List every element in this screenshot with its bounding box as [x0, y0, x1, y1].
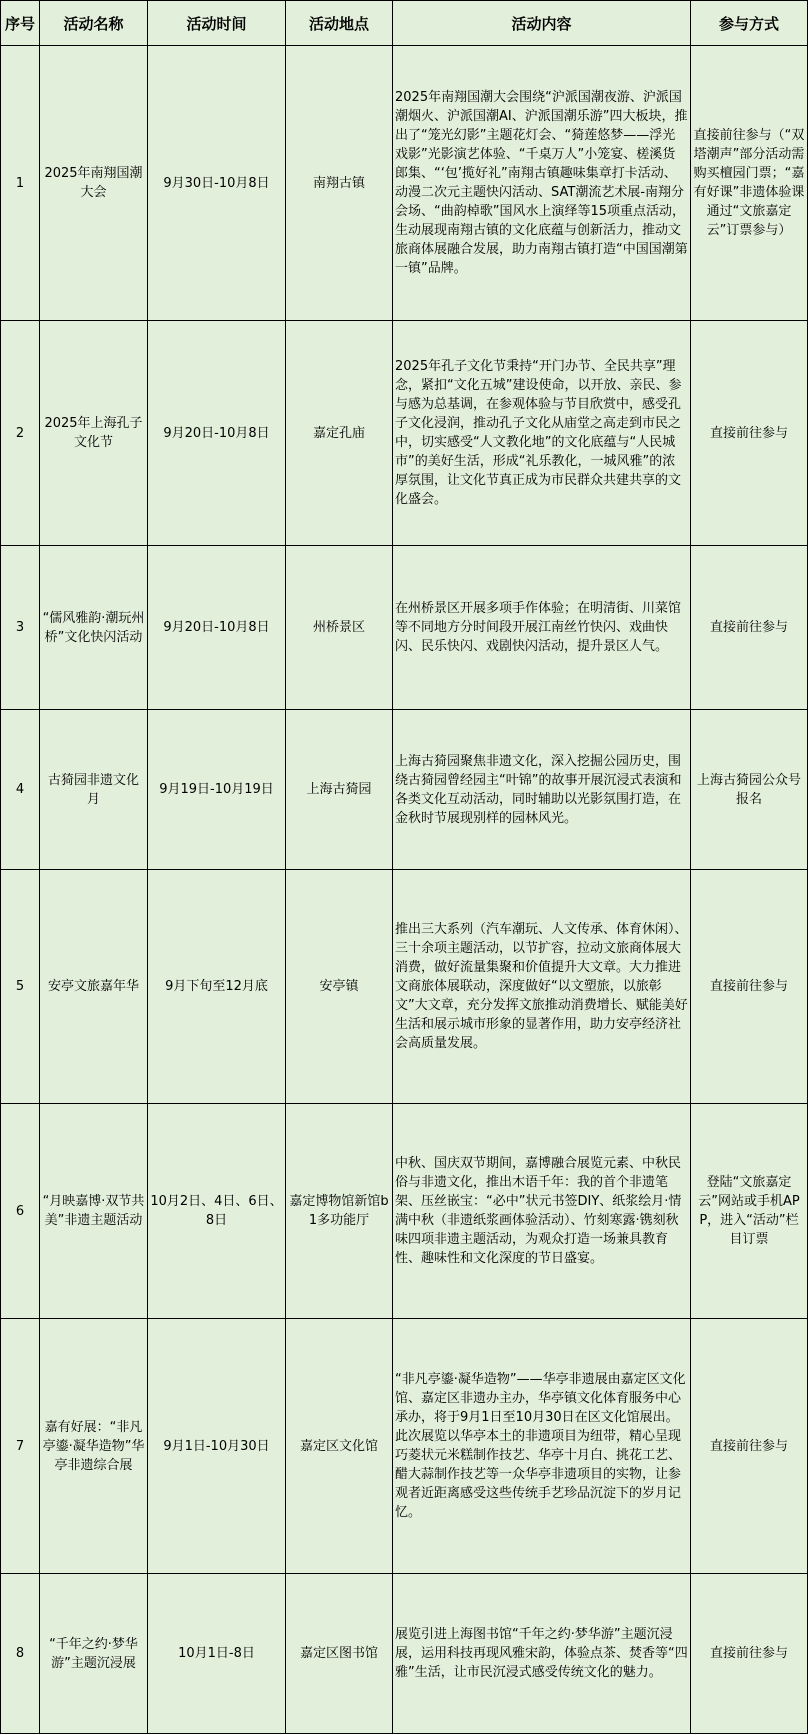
header-row: 序号 活动名称 活动时间 活动地点 活动内容 参与方式: [1, 1, 808, 46]
row-number: 2: [1, 321, 40, 546]
table-row: 6 “月映嘉博·双节共美”非遗主题活动 10月2日、4日、6日、8日 嘉定博物馆…: [1, 1104, 808, 1319]
activity-content: 展览引进上海图书馆“千年之约·梦华游”主题沉浸展，运用科技再现风雅宋韵，体验点茶…: [393, 1574, 691, 1734]
activity-content: 2025年南翔国潮大会围绕“沪派国潮夜游、沪派国潮烟火、沪派国潮AI、沪派国潮乐…: [393, 46, 691, 321]
header-participation: 参与方式: [691, 1, 808, 46]
activity-time: 9月20日-10月8日: [148, 321, 286, 546]
activity-time: 10月2日、4日、6日、8日: [148, 1104, 286, 1319]
row-number: 3: [1, 546, 40, 710]
activity-content: 中秋、国庆双节期间，嘉博融合展览元素、中秋民俗与非遗文化，推出木语千年：我的首个…: [393, 1104, 691, 1319]
activity-name: 古猗园非遗文化月: [40, 710, 148, 870]
activity-name: 2025年上海孔子文化节: [40, 321, 148, 546]
participation-method: 直接前往参与: [691, 1574, 808, 1734]
activity-time: 9月下旬至12月底: [148, 870, 286, 1104]
participation-method: 直接前往参与: [691, 546, 808, 710]
header-activity-name: 活动名称: [40, 1, 148, 46]
participation-method: 登陆“文旅嘉定云”网站或手机APP，进入“活动”栏目订票: [691, 1104, 808, 1319]
activity-name: “儒风雅韵·潮玩州桥”文化快闪活动: [40, 546, 148, 710]
activity-place: 上海古猗园: [286, 710, 393, 870]
activity-name: 2025年南翔国潮大会: [40, 46, 148, 321]
activity-time: 9月30日-10月8日: [148, 46, 286, 321]
participation-method: 直接前往参与: [691, 1319, 808, 1574]
header-activity-place: 活动地点: [286, 1, 393, 46]
activity-place: 嘉定孔庙: [286, 321, 393, 546]
activity-place: 嘉定博物馆新馆b1多功能厅: [286, 1104, 393, 1319]
table-row: 8 “千年之约·梦华游”主题沉浸展 10月1日-8日 嘉定区图书馆 展览引进上海…: [1, 1574, 808, 1734]
participation-method: 上海古猗园公众号报名: [691, 710, 808, 870]
activity-place: 嘉定区图书馆: [286, 1574, 393, 1734]
activity-time: 9月19日-10月19日: [148, 710, 286, 870]
activity-content: 2025年孔子文化节秉持“开门办节、全民共享”理念，紧扣“文化五城”建设使命，以…: [393, 321, 691, 546]
table-row: 4 古猗园非遗文化月 9月19日-10月19日 上海古猗园 上海古猗园聚焦非遗文…: [1, 710, 808, 870]
activity-content: 在州桥景区开展多项手作体验；在明清街、川菜馆等不同地方分时间段开展江南丝竹快闪、…: [393, 546, 691, 710]
table-row: 1 2025年南翔国潮大会 9月30日-10月8日 南翔古镇 2025年南翔国潮…: [1, 46, 808, 321]
table-row: 3 “儒风雅韵·潮玩州桥”文化快闪活动 9月20日-10月8日 州桥景区 在州桥…: [1, 546, 808, 710]
activity-name: 嘉有好展：“非凡亭鎏·凝华造物”华亭非遗综合展: [40, 1319, 148, 1574]
row-number: 1: [1, 46, 40, 321]
table-row: 2 2025年上海孔子文化节 9月20日-10月8日 嘉定孔庙 2025年孔子文…: [1, 321, 808, 546]
participation-method: 直接前往参与: [691, 870, 808, 1104]
activity-place: 嘉定区文化馆: [286, 1319, 393, 1574]
table-row: 5 安亭文旅嘉年华 9月下旬至12月底 安亭镇 推出三大系列（汽车潮玩、人文传承…: [1, 870, 808, 1104]
activity-time: 9月20日-10月8日: [148, 546, 286, 710]
activity-place: 安亭镇: [286, 870, 393, 1104]
activity-content: “非凡亭鎏·凝华造物”——华亭非遗展由嘉定区文化馆、嘉定区非遗办主办，华亭镇文化…: [393, 1319, 691, 1574]
activity-name: “千年之约·梦华游”主题沉浸展: [40, 1574, 148, 1734]
activity-place: 南翔古镇: [286, 46, 393, 321]
activity-content: 推出三大系列（汽车潮玩、人文传承、体育休闲）、三十余项主题活动，以节扩容，拉动文…: [393, 870, 691, 1104]
activity-name: “月映嘉博·双节共美”非遗主题活动: [40, 1104, 148, 1319]
row-number: 6: [1, 1104, 40, 1319]
row-number: 7: [1, 1319, 40, 1574]
row-number: 5: [1, 870, 40, 1104]
header-number: 序号: [1, 1, 40, 46]
row-number: 4: [1, 710, 40, 870]
activity-content: 上海古猗园聚焦非遗文化，深入挖掘公园历史，围绕古猗园曾经园主“叶锦”的故事开展沉…: [393, 710, 691, 870]
activity-place: 州桥景区: [286, 546, 393, 710]
participation-method: 直接前往参与: [691, 321, 808, 546]
header-activity-content: 活动内容: [393, 1, 691, 46]
header-activity-time: 活动时间: [148, 1, 286, 46]
activity-name: 安亭文旅嘉年华: [40, 870, 148, 1104]
participation-method: 直接前往参与（“双塔潮声”部分活动需购买檀园门票；“嘉有好课”非遗体验课通过“文…: [691, 46, 808, 321]
activity-time: 9月1日-10月30日: [148, 1319, 286, 1574]
activity-time: 10月1日-8日: [148, 1574, 286, 1734]
row-number: 8: [1, 1574, 40, 1734]
activity-schedule-table: 序号 活动名称 活动时间 活动地点 活动内容 参与方式 1 2025年南翔国潮大…: [0, 0, 808, 1734]
table-row: 7 嘉有好展：“非凡亭鎏·凝华造物”华亭非遗综合展 9月1日-10月30日 嘉定…: [1, 1319, 808, 1574]
